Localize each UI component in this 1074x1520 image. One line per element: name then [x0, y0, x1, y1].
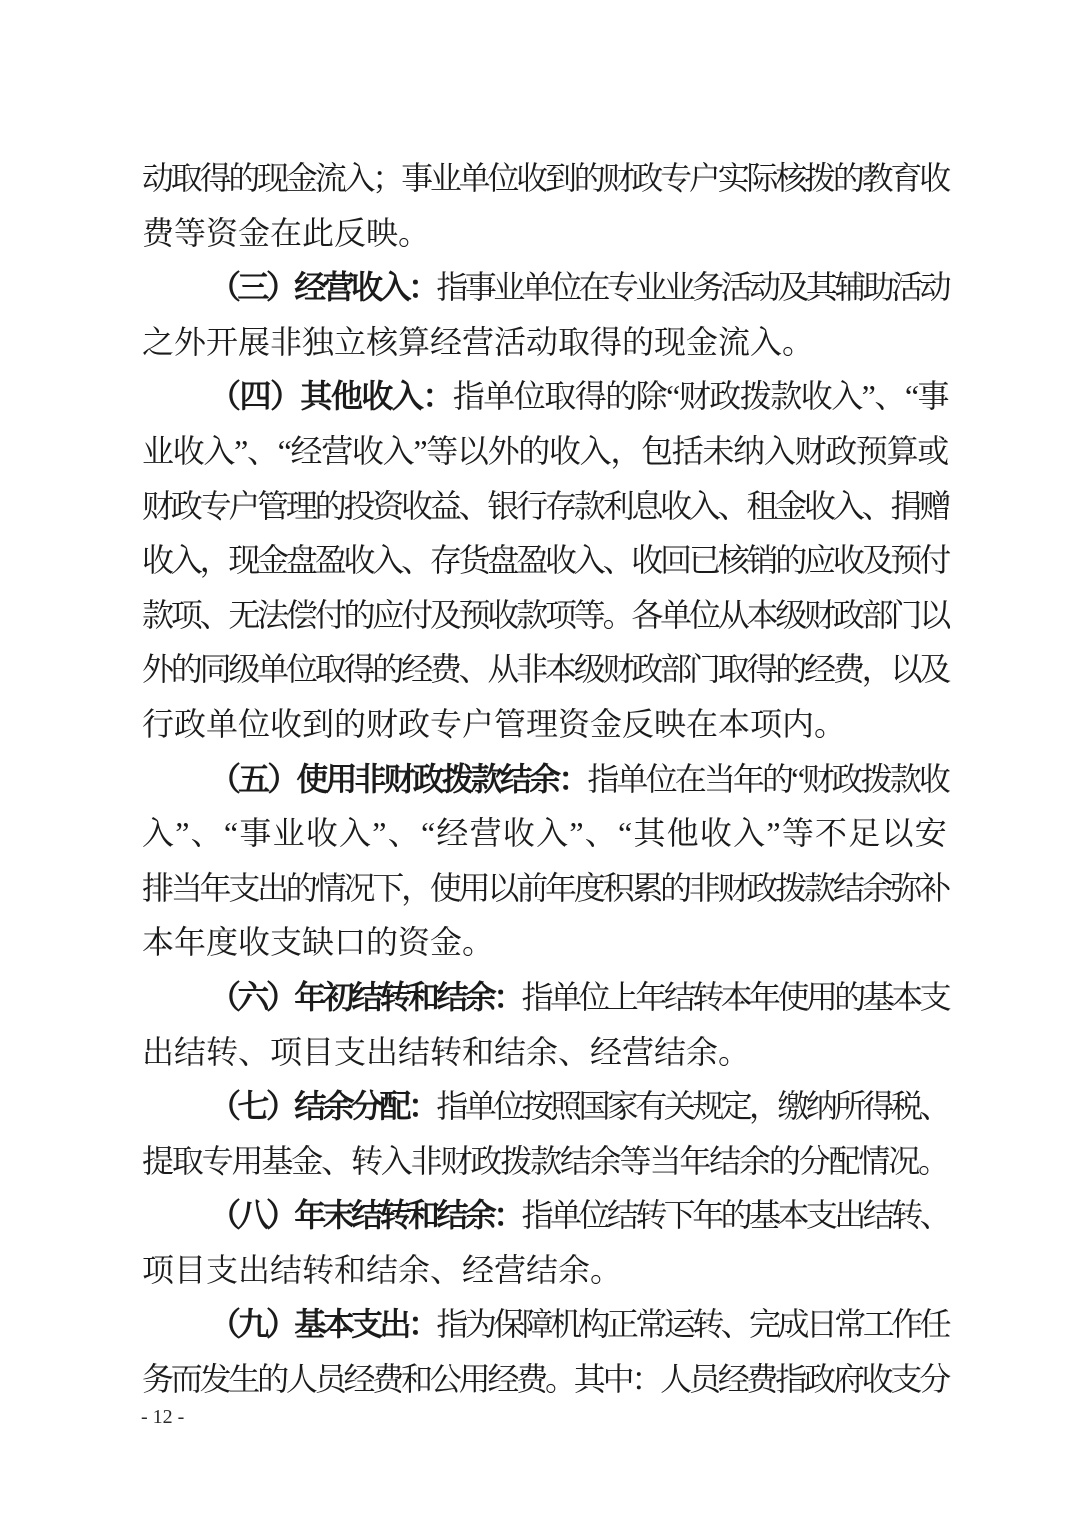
- text-line: 之外开展非独立核算经营活动取得的现金流入。: [142, 315, 948, 370]
- text-line: （八）年末结转和结余：指单位结转下年的基本支出结转、: [142, 1188, 948, 1243]
- line-text: 指单位按照国家有关规定，缴纳所得税、: [436, 1088, 948, 1124]
- text-line: 提取专用基金、转入非财政拨款结余等当年结余的分配情况。: [142, 1134, 948, 1189]
- line-text: 指事业单位在专业业务活动及其辅助活动: [436, 269, 948, 305]
- text-content: 动取得的现金流入；事业单位收到的财政专户实际核拨的教育收费等资金在此反映。（三）…: [142, 151, 948, 1407]
- line-text: 指单位取得的除“财政拨款收入”、“事: [453, 378, 948, 414]
- text-line: 排当年支出的情况下，使用以前年度积累的非财政拨款结余弥补: [142, 861, 948, 916]
- term-label: （九）基本支出：: [209, 1306, 436, 1342]
- line-text: 指单位结转下年的基本支出结转、: [522, 1197, 948, 1233]
- line-text: 费等资金在此反映。: [142, 215, 430, 251]
- line-text: 项目支出结转和结余、经营结余。: [142, 1252, 622, 1288]
- line-text: 收入，现金盘盈收入、存货盘盈收入、收回已核销的应收及预付: [142, 542, 948, 578]
- line-text: 指单位上年结转本年使用的基本支: [522, 979, 948, 1015]
- text-line: （五）使用非财政拨款结余：指单位在当年的“财政拨款收: [142, 752, 948, 807]
- term-label: （四）其他收入：: [209, 378, 453, 414]
- text-line: 行政单位收到的财政专户管理资金反映在本项内。: [142, 697, 948, 752]
- line-text: 排当年支出的情况下，使用以前年度积累的非财政拨款结余弥补: [142, 870, 948, 906]
- text-line: 项目支出结转和结余、经营结余。: [142, 1243, 948, 1298]
- text-line: 收入，现金盘盈收入、存货盘盈收入、收回已核销的应收及预付: [142, 533, 948, 588]
- page-number: - 12 -: [141, 1403, 184, 1431]
- line-text: 款项、无法偿付的应付及预收款项等。各单位从本级财政部门以: [142, 597, 948, 633]
- line-text: 本年度收支缺口的资金。: [142, 924, 494, 960]
- text-line: 财政专户管理的投资收益、银行存款利息收入、租金收入、捐赠: [142, 479, 948, 534]
- text-line: （九）基本支出：指为保障机构正常运转、完成日常工作任: [142, 1297, 948, 1352]
- text-line: 本年度收支缺口的资金。: [142, 915, 948, 970]
- text-line: （三）经营收入：指事业单位在专业业务活动及其辅助活动: [142, 260, 948, 315]
- text-line: （四）其他收入：指单位取得的除“财政拨款收入”、“事: [142, 369, 948, 424]
- text-line: 业收入”、“经营收入”等以外的收入，包括未纳入财政预算或: [142, 424, 948, 479]
- term-label: （三）经营收入：: [209, 269, 436, 305]
- line-text: 务而发生的人员经费和公用经费。其中：人员经费指政府收支分: [142, 1361, 948, 1397]
- line-text: 之外开展非独立核算经营活动取得的现金流入。: [142, 324, 814, 360]
- text-line: 费等资金在此反映。: [142, 206, 948, 261]
- line-text: 指单位在当年的“财政拨款收: [587, 761, 948, 797]
- text-line: （六）年初结转和结余：指单位上年结转本年使用的基本支: [142, 970, 948, 1025]
- line-text: 业收入”、“经营收入”等以外的收入，包括未纳入财政预算或: [142, 433, 948, 469]
- line-text: 提取专用基金、转入非财政拨款结余等当年结余的分配情况。: [142, 1143, 948, 1179]
- line-text: 出结转、项目支出结转和结余、经营结余。: [142, 1034, 750, 1070]
- text-line: 务而发生的人员经费和公用经费。其中：人员经费指政府收支分: [142, 1352, 948, 1407]
- line-text: 动取得的现金流入；事业单位收到的财政专户实际核拨的教育收: [142, 160, 948, 196]
- text-line: 动取得的现金流入；事业单位收到的财政专户实际核拨的教育收: [142, 151, 948, 206]
- text-line: 款项、无法偿付的应付及预收款项等。各单位从本级财政部门以: [142, 588, 948, 643]
- text-line: 出结转、项目支出结转和结余、经营结余。: [142, 1025, 948, 1080]
- text-line: 外的同级单位取得的经费、从非本级财政部门取得的经费，以及: [142, 642, 948, 697]
- line-text: 行政单位收到的财政专户管理资金反映在本项内。: [142, 706, 846, 742]
- term-label: （八）年末结转和结余：: [209, 1197, 522, 1233]
- document-page: 动取得的现金流入；事业单位收到的财政专户实际核拨的教育收费等资金在此反映。（三）…: [0, 0, 1074, 1520]
- line-text: 入”、“事业收入”、“经营收入”、“其他收入”等不足以安: [142, 815, 948, 851]
- line-text: 财政专户管理的投资收益、银行存款利息收入、租金收入、捐赠: [142, 488, 948, 524]
- text-line: 入”、“事业收入”、“经营收入”、“其他收入”等不足以安: [142, 806, 948, 861]
- term-label: （七）结余分配：: [209, 1088, 436, 1124]
- text-line: （七）结余分配：指单位按照国家有关规定，缴纳所得税、: [142, 1079, 948, 1134]
- term-label: （五）使用非财政拨款结余：: [209, 761, 587, 797]
- term-label: （六）年初结转和结余：: [209, 979, 522, 1015]
- line-text: 外的同级单位取得的经费、从非本级财政部门取得的经费，以及: [142, 651, 948, 687]
- line-text: 指为保障机构正常运转、完成日常工作任: [436, 1306, 948, 1342]
